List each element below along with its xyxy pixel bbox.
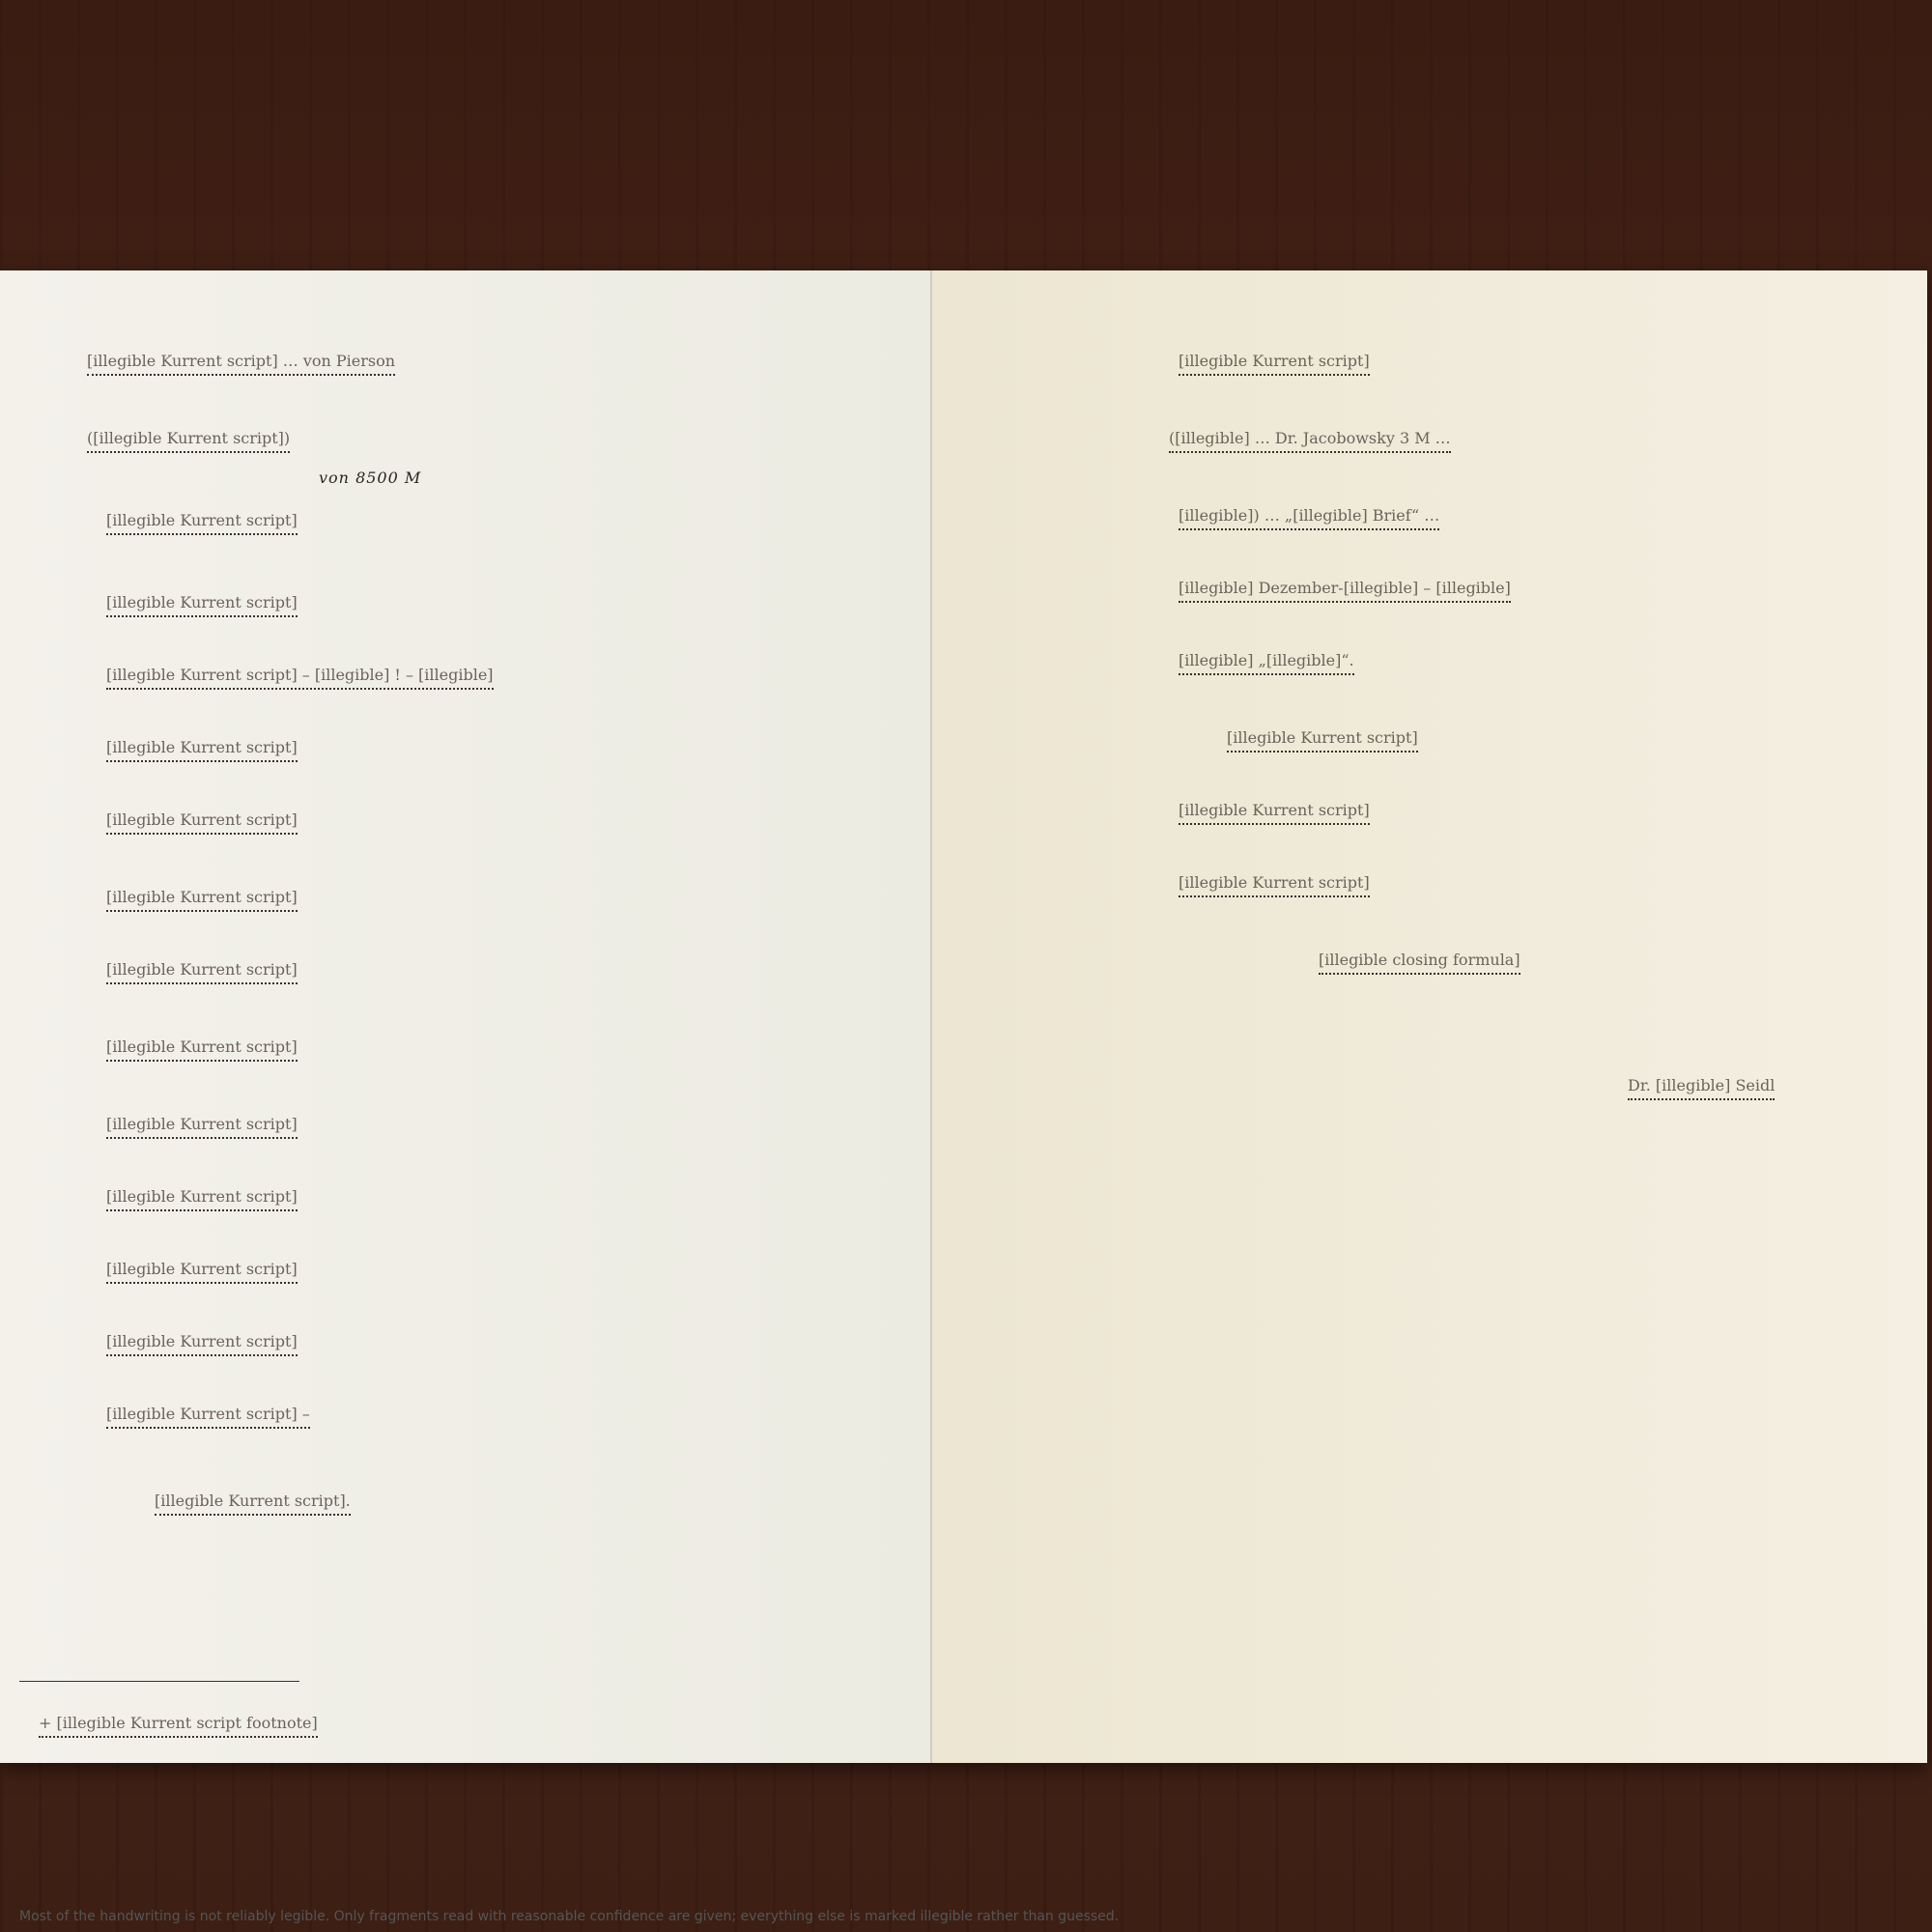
left-line-12: [illegible Kurrent script] xyxy=(106,1115,298,1139)
transcription-note: Most of the handwriting is not reliably … xyxy=(19,1909,1119,1924)
left-page: [illegible Kurrent script] … von Pierson… xyxy=(0,270,932,1763)
left-line-16: [illegible Kurrent script] – xyxy=(106,1405,310,1429)
left-line-11: [illegible Kurrent script] xyxy=(106,1037,298,1062)
footnote-rule xyxy=(19,1681,299,1682)
left-line-13: [illegible Kurrent script] xyxy=(106,1187,298,1211)
right-page: [illegible Kurrent script] ([illegible] … xyxy=(932,270,1927,1763)
left-line-4: [illegible Kurrent script] xyxy=(106,511,298,535)
right-line-2: ([illegible] … Dr. Jacobowsky 3 M … xyxy=(1169,429,1451,453)
left-line-8: [illegible Kurrent script] xyxy=(106,810,298,835)
left-line-1: [illegible Kurrent script] … von Pierson xyxy=(87,352,395,376)
letter-sheet: [illegible Kurrent script] … von Pierson… xyxy=(0,270,1927,1763)
left-interlinear-note: von 8500 M xyxy=(319,469,421,487)
left-line-17: [illegible Kurrent script]. xyxy=(155,1492,351,1516)
right-closing: [illegible closing formula] xyxy=(1319,951,1520,975)
left-line-7: [illegible Kurrent script] xyxy=(106,738,298,762)
left-line-6: [illegible Kurrent script] – [illegible]… xyxy=(106,666,494,690)
left-line-5: [illegible Kurrent script] xyxy=(106,593,298,617)
left-footnote: + [illegible Kurrent script footnote] xyxy=(39,1714,318,1738)
left-line-10: [illegible Kurrent script] xyxy=(106,960,298,984)
right-line-6: [illegible Kurrent script] xyxy=(1227,728,1418,753)
right-signature: Dr. [illegible] Seidl xyxy=(1628,1076,1775,1100)
left-line-14: [illegible Kurrent script] xyxy=(106,1260,298,1284)
left-line-2: ([illegible Kurrent script]) xyxy=(87,429,290,453)
right-line-1: [illegible Kurrent script] xyxy=(1179,352,1370,376)
right-line-7: [illegible Kurrent script] xyxy=(1179,801,1370,825)
left-line-9: [illegible Kurrent script] xyxy=(106,888,298,912)
right-line-5: [illegible] „[illegible]“. xyxy=(1179,651,1354,675)
left-line-15: [illegible Kurrent script] xyxy=(106,1332,298,1356)
right-line-3: [illegible]) … „[illegible] Brief“ … xyxy=(1179,506,1439,530)
right-line-4: [illegible] Dezember-[illegible] – [ille… xyxy=(1179,579,1511,603)
right-line-8: [illegible Kurrent script] xyxy=(1179,873,1370,897)
